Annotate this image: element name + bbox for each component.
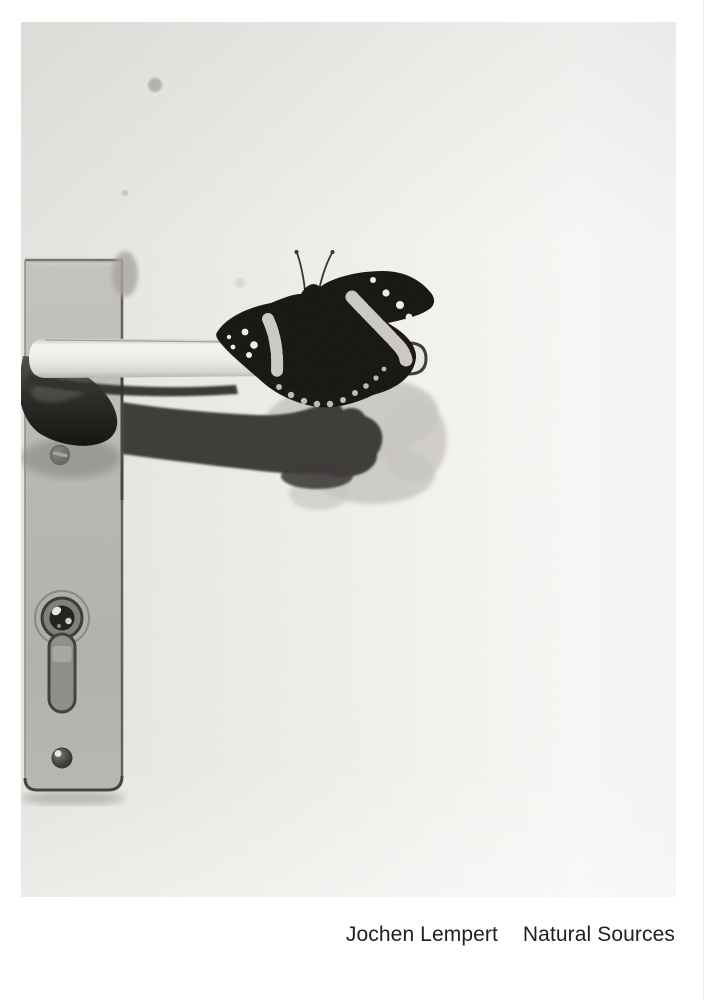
cover-photograph	[21, 22, 676, 897]
book-cover: Jochen Lempert Natural Sources	[0, 0, 706, 1000]
book-title: Natural Sources	[523, 921, 675, 948]
photograph-svg	[21, 22, 676, 897]
page-edge-line	[703, 0, 704, 1000]
cover-caption: Jochen Lempert Natural Sources	[0, 921, 675, 948]
artist-name: Jochen Lempert	[346, 921, 498, 948]
film-grain-overlay	[21, 22, 676, 897]
